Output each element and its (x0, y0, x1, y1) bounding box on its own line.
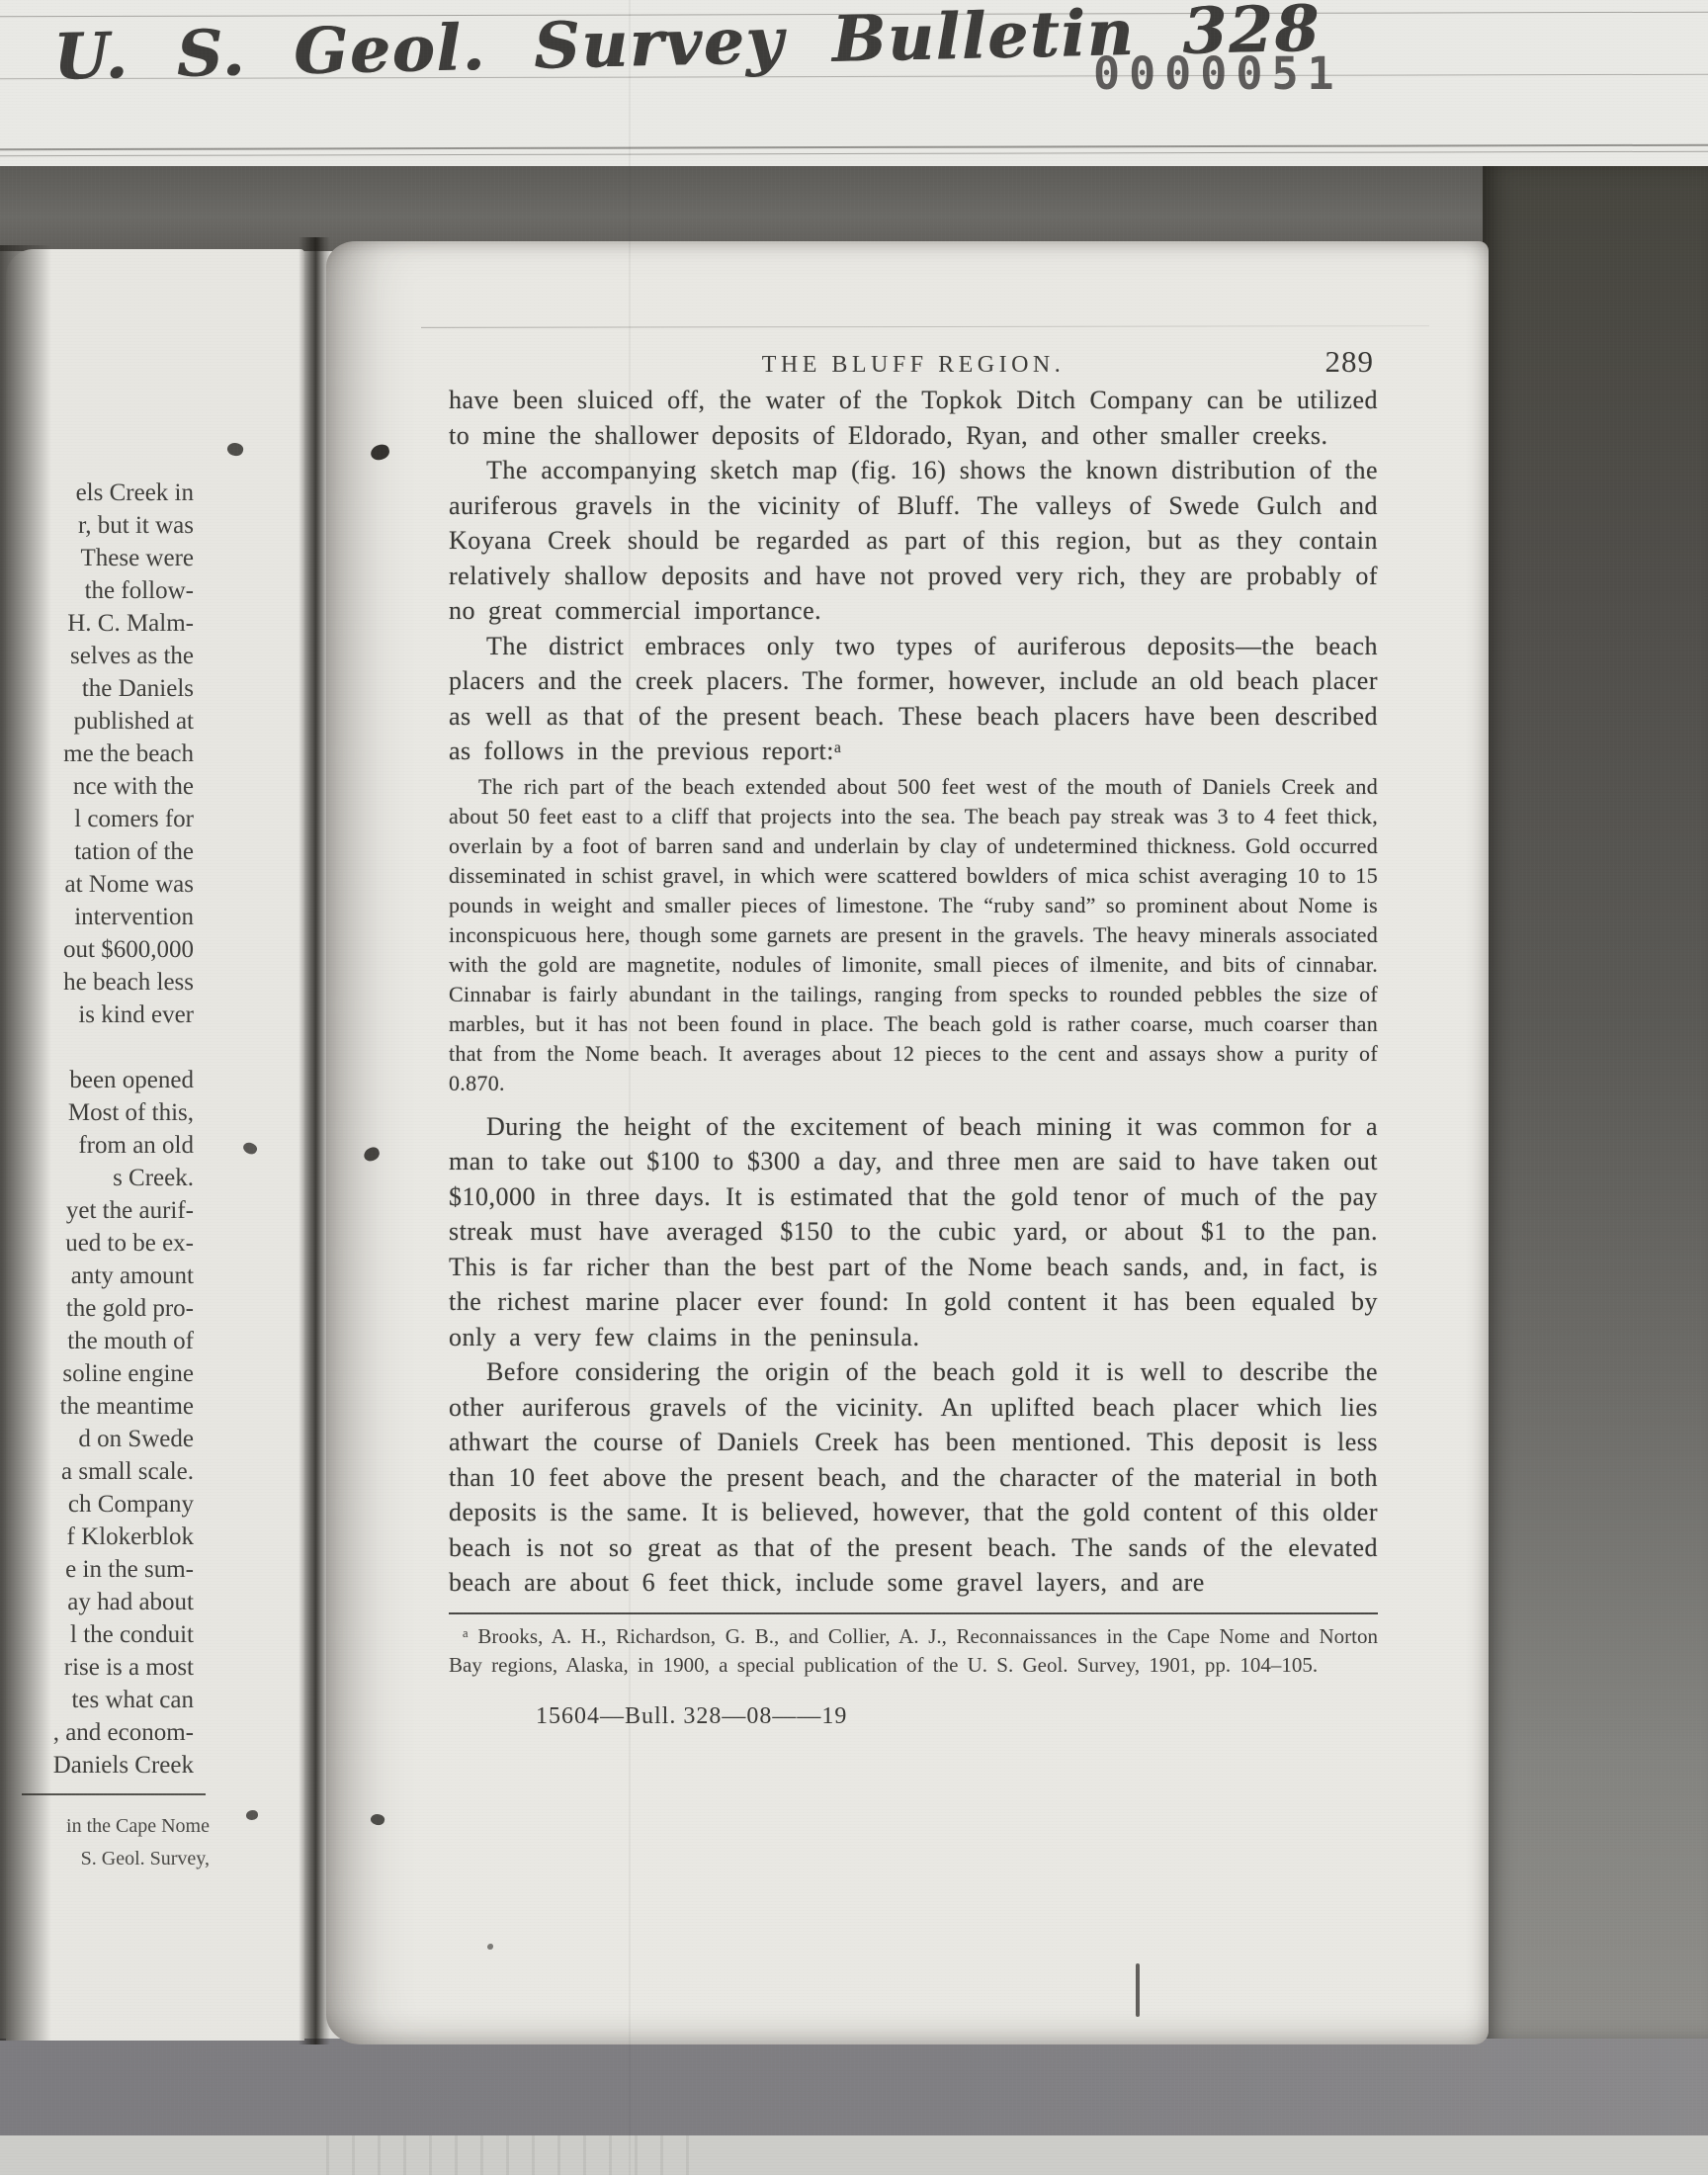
text-fragment: soline engine (53, 1357, 194, 1390)
printers-signature: 15604—Bull. 328—08——19 (536, 1703, 1378, 1730)
text-fragment: out $600,000 (53, 933, 194, 966)
text-fragment: s Creek. (53, 1162, 194, 1194)
book-page: THE BLUFF REGION. 289 have been sluiced … (326, 241, 1489, 2044)
scan-dark-band-top (0, 166, 1708, 251)
text-fragment: the Daniels (53, 672, 194, 705)
paragraph: The rich part of the beach extended abou… (449, 772, 1378, 1098)
ink-speck (246, 1810, 258, 1820)
text-fragment: H. C. Malm- (53, 607, 194, 640)
text-fragment: selves as the (53, 640, 194, 672)
text-fragment: l comers for (53, 803, 194, 835)
text-column: THE BLUFF REGION. 289 have been sluiced … (449, 352, 1378, 1730)
text-fragment: nce with the (53, 770, 194, 803)
text-fragment: the meantime (53, 1390, 194, 1423)
text-fragment: d on Swede (53, 1423, 194, 1455)
ink-speck (487, 1944, 493, 1950)
text-fragment (53, 1031, 194, 1064)
text-fragment: ay had about (53, 1586, 194, 1618)
scan-shadow-left (0, 245, 51, 2041)
text-fragment: tation of the (53, 835, 194, 868)
text-fragment: tes what can (53, 1684, 194, 1716)
text-fragment: is kind ever (53, 999, 194, 1031)
footnote-fragment: S. Geol. Survey, (66, 1844, 210, 1876)
text-fragment: yet the aurif- (53, 1194, 194, 1227)
text-fragment: from an old (53, 1129, 194, 1162)
footnote: ᵃ Brooks, A. H., Richardson, G. B., and … (449, 1622, 1378, 1680)
text-fragment: he beach less (53, 966, 194, 999)
paragraph: have been sluiced off, the water of the … (449, 383, 1378, 453)
text-fragment: Most of this, (53, 1096, 194, 1129)
page-number: 289 (1325, 344, 1375, 380)
ruled-line (0, 151, 1708, 157)
text-fragment: l the conduit (53, 1618, 194, 1651)
scan-dark-band-right (1483, 166, 1708, 2041)
top-annotation-strip: 0000051 U. S. Geol. Survey Bulletin 328 (0, 0, 1708, 168)
text-fragment: Daniels Creek (53, 1749, 194, 1782)
paragraph: The accompanying sketch map (fig. 16) sh… (449, 453, 1378, 629)
text-fragment: the mouth of (53, 1325, 194, 1357)
facing-page-text-fragments: els Creek inr, but it wasThese werethe f… (53, 477, 194, 1782)
text-fragment: been opened (53, 1064, 194, 1096)
page-title: THE BLUFF REGION. (449, 352, 1378, 379)
body-text: have been sluiced off, the water of the … (449, 383, 1378, 1601)
paragraph: The district embraces only two types of … (449, 629, 1378, 769)
scan-artifact-vertical-line (629, 0, 631, 2175)
text-fragment: a small scale. (53, 1455, 194, 1488)
scanned-document: 0000051 U. S. Geol. Survey Bulletin 328 … (0, 0, 1708, 2175)
text-fragment: published at (53, 705, 194, 738)
text-fragment: ued to be ex- (53, 1227, 194, 1260)
text-fragment: me the beach (53, 738, 194, 770)
text-fragment: These were (53, 542, 194, 574)
scan-streaks (326, 2135, 712, 2175)
text-fragment: e in the sum- (53, 1553, 194, 1586)
text-fragment: the gold pro- (53, 1292, 194, 1325)
ink-stroke (1136, 1963, 1140, 2017)
text-fragment: at Nome was (53, 868, 194, 901)
text-fragment: r, but it was (53, 509, 194, 542)
paragraph: Before considering the origin of the bea… (449, 1354, 1378, 1601)
footnote-rule (449, 1612, 1378, 1614)
text-fragment: , and econom- (53, 1716, 194, 1749)
text-fragment: anty amount (53, 1260, 194, 1292)
scan-artifact-line (421, 325, 1429, 328)
scan-dark-band-bottom (0, 2039, 1708, 2137)
text-fragment: f Klokerblok (53, 1521, 194, 1553)
text-fragment: intervention (53, 901, 194, 933)
paragraph: During the height of the excitement of b… (449, 1109, 1378, 1355)
text-fragment: the follow- (53, 574, 194, 607)
text-fragment: els Creek in (53, 477, 194, 509)
facing-page-footnote-fragments: in the Cape NomeS. Geol. Survey, (66, 1811, 210, 1876)
text-fragment: ch Company (53, 1488, 194, 1521)
ruled-line (0, 144, 1708, 151)
running-head: THE BLUFF REGION. 289 (449, 352, 1378, 383)
scan-bottom-edge (0, 2135, 1708, 2175)
footnote-fragment: in the Cape Nome (66, 1811, 210, 1844)
text-fragment: rise is a most (53, 1651, 194, 1684)
